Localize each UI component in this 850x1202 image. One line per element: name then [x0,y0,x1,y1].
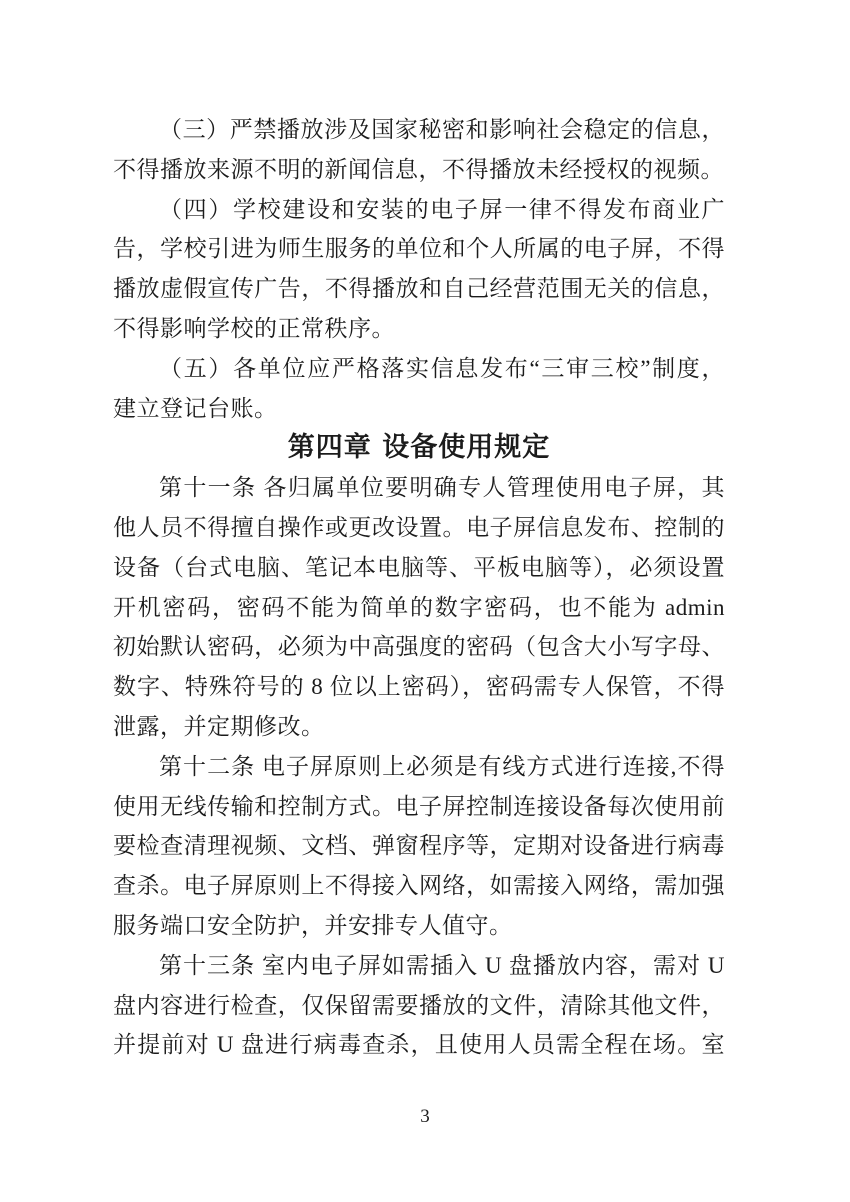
paragraph-line: 第十三条 室内电子屏如需插入 U 盘播放内容，需对 U [113,946,725,986]
paragraph-line: 初始默认密码，必须为中高强度的密码（包含大小写字母、 [113,627,725,667]
chapter-heading: 第四章 设备使用规定 [113,428,725,468]
paragraph-line: 不得影响学校的正常秩序。 [113,309,725,349]
document-page: （三）严禁播放涉及国家秘密和影响社会稳定的信息， 不得播放来源不明的新闻信息，不… [0,0,850,1202]
paragraph-line: 开机密码，密码不能为简单的数字密码，也不能为 admin 等 [113,588,725,628]
paragraph-line: 查杀。电子屏原则上不得接入网络，如需接入网络，需加强 [113,866,725,906]
paragraph-line: （五）各单位应严格落实信息发布“三审三校”制度， [113,349,725,389]
paragraph-line: 要检查清理视频、文档、弹窗程序等，定期对设备进行病毒 [113,826,725,866]
paragraph-line: 播放虚假宣传广告，不得播放和自己经营范围无关的信息， [113,269,725,309]
paragraph-line: （四）学校建设和安装的电子屏一律不得发布商业广 [113,190,725,230]
paragraph-line: 服务端口安全防护，并安排专人值守。 [113,906,725,946]
paragraph-line: 他人员不得擅自操作或更改设置。电子屏信息发布、控制的 [113,508,725,548]
paragraph-line: 不得播放来源不明的新闻信息，不得播放未经授权的视频。 [113,150,725,190]
paragraph-line: 告，学校引进为师生服务的单位和个人所属的电子屏，不得 [113,229,725,269]
paragraph-line: 第十一条 各归属单位要明确专人管理使用电子屏，其 [113,468,725,508]
document-body: （三）严禁播放涉及国家秘密和影响社会稳定的信息， 不得播放来源不明的新闻信息，不… [113,110,725,1065]
paragraph-line: 并提前对 U 盘进行病毒查杀，且使用人员需全程在场。室外 [113,1025,725,1065]
page-number: 3 [0,1106,850,1128]
paragraph-line: 使用无线传输和控制方式。电子屏控制连接设备每次使用前 [113,787,725,827]
paragraph-line: 盘内容进行检查，仅保留需要播放的文件，清除其他文件， [113,986,725,1026]
paragraph-line: 设备（台式电脑、笔记本电脑等、平板电脑等），必须设置 [113,548,725,588]
paragraph-line: 数字、特殊符号的 8 位以上密码），密码需专人保管，不得 [113,667,725,707]
paragraph-line: 第十二条 电子屏原则上必须是有线方式进行连接,不得 [113,747,725,787]
paragraph-line: （三）严禁播放涉及国家秘密和影响社会稳定的信息， [113,110,725,150]
paragraph-line: 泄露，并定期修改。 [113,707,725,747]
paragraph-line: 建立登记台账。 [113,389,725,429]
